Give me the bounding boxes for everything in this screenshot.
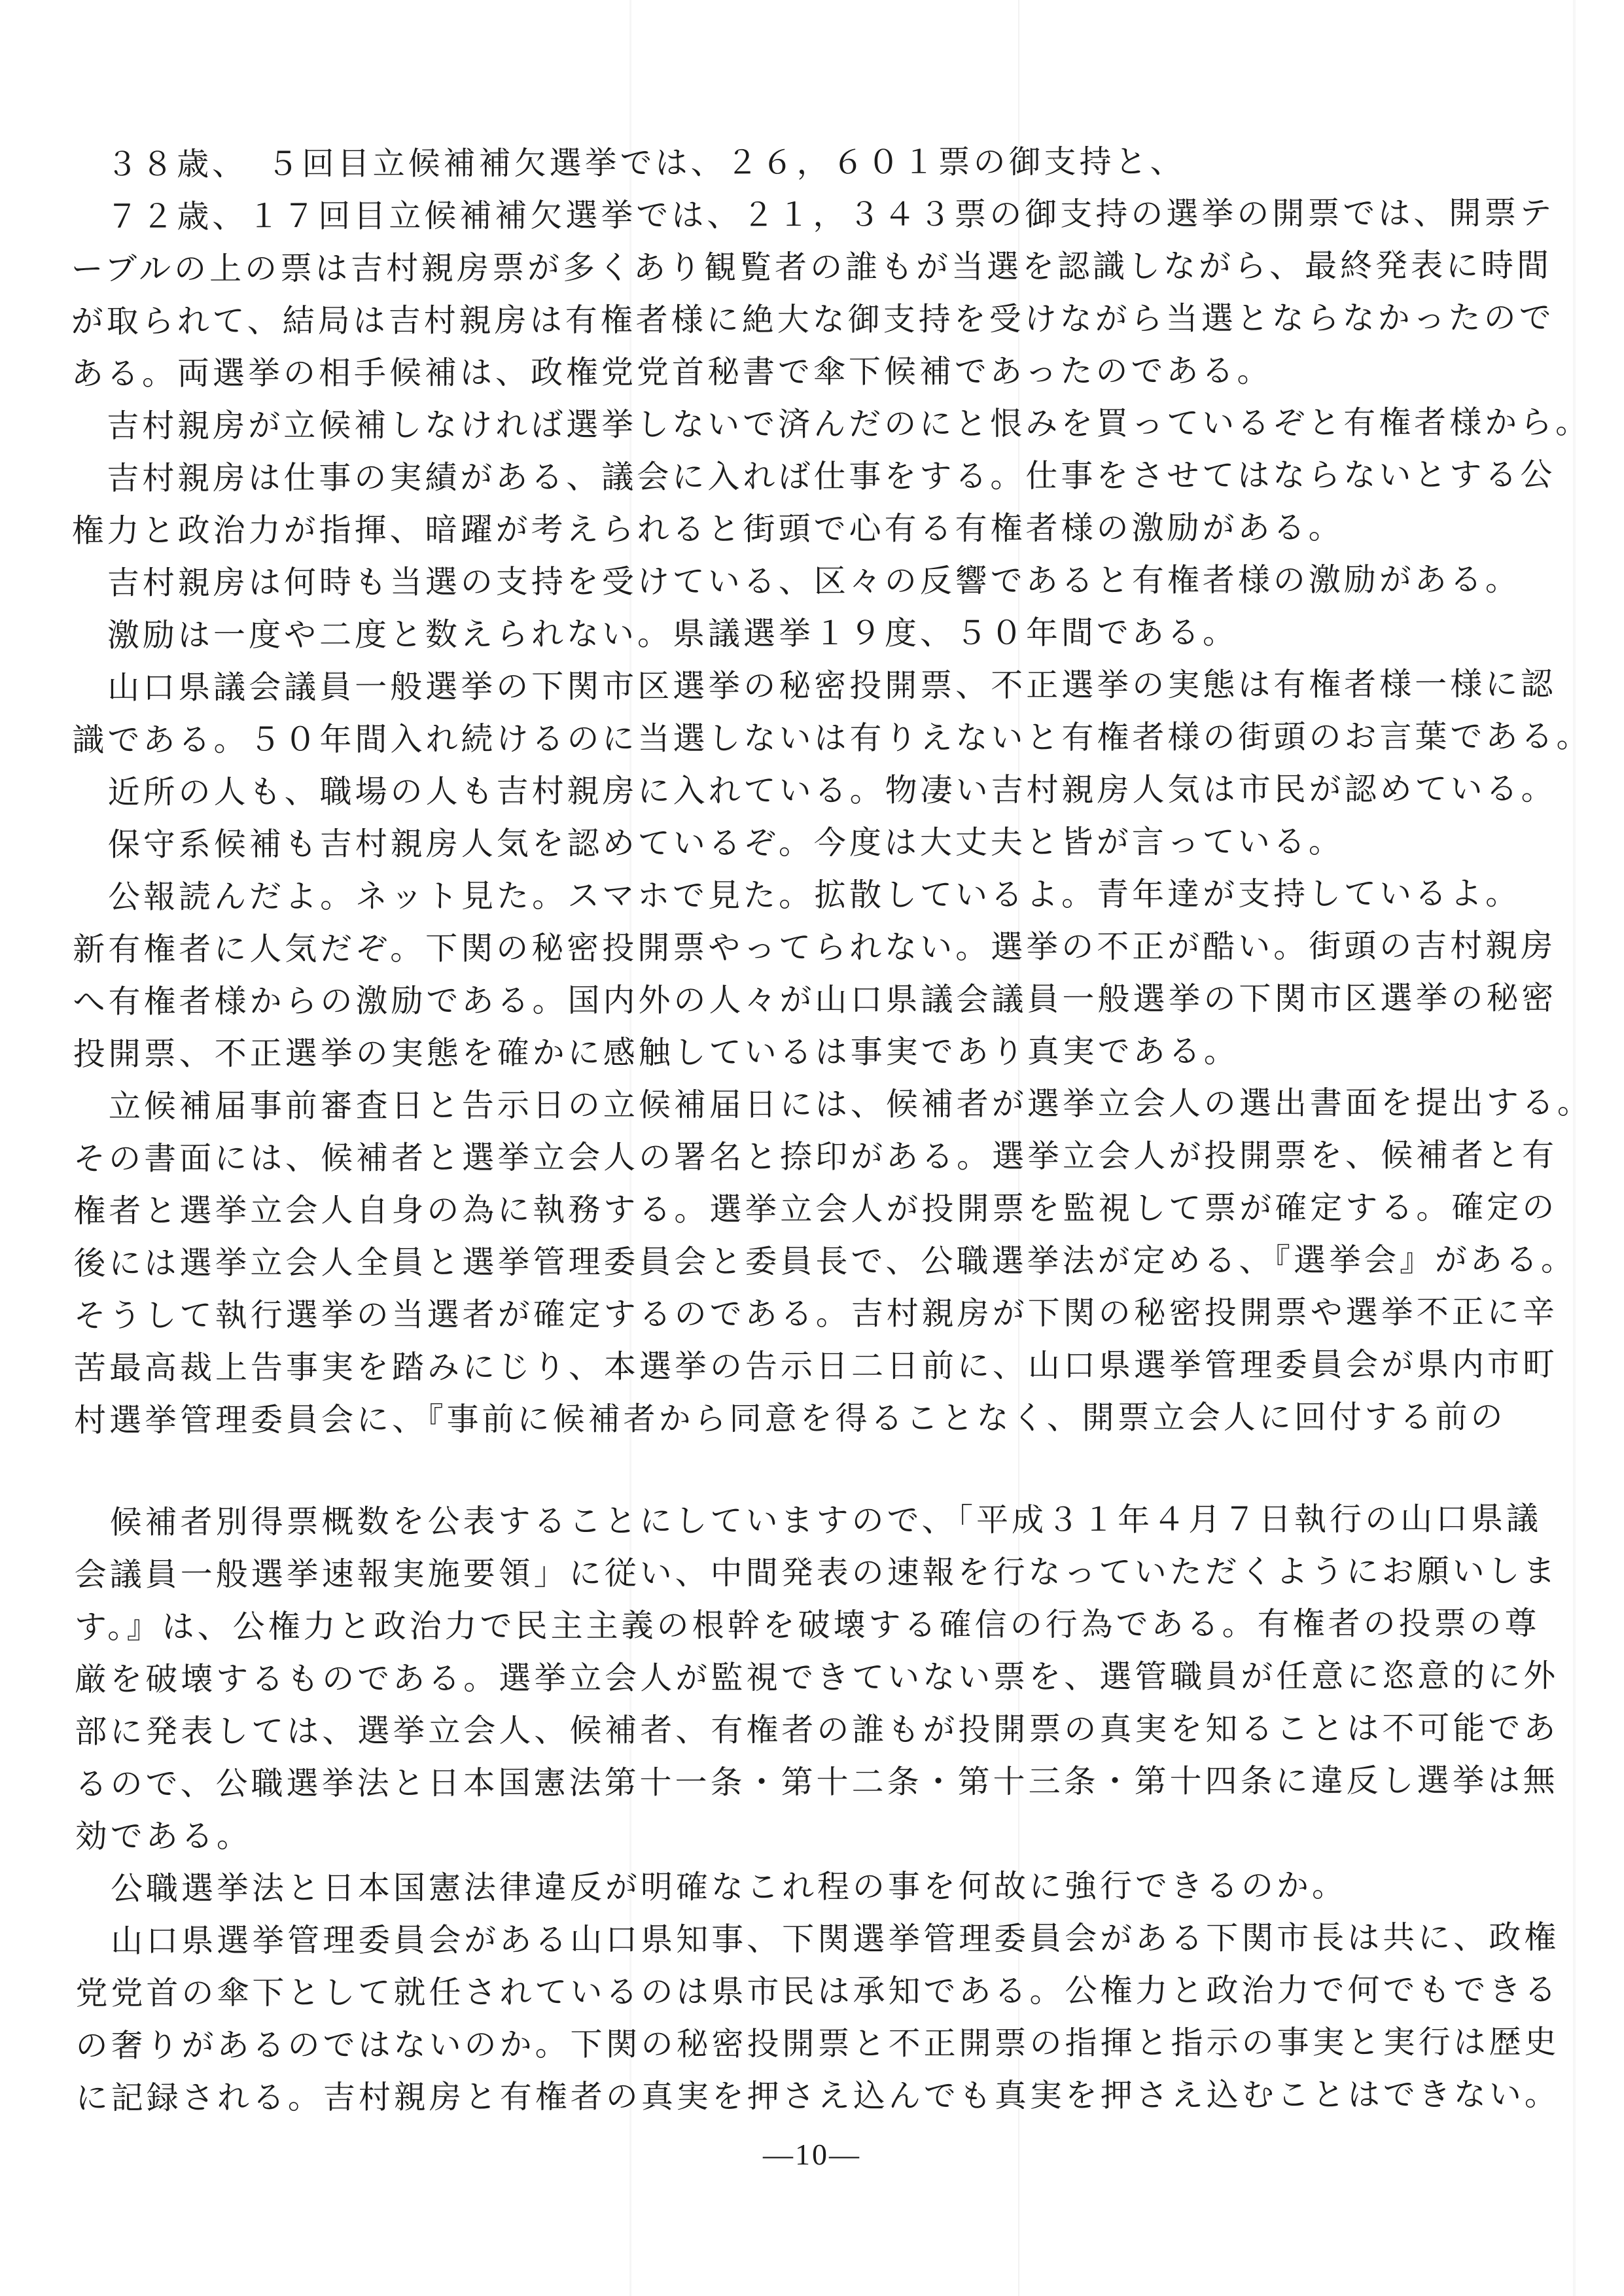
text-line: 激励は一度や二度と数えられない。県議選挙１９度、５０年間である。 <box>72 606 1577 662</box>
text-line: 投開票、不正選挙の実態を確かに感触しているは事実であり真実である。 <box>73 1024 1578 1081</box>
text-line: 候補者別得票概数を公表することにしていますので、「平成３１年４月７日執行の山口県… <box>74 1493 1579 1549</box>
text-line: ７２歳、１７回目立候補補欠選挙では、２１，３４３票の御支持の選挙の開票では、開票… <box>71 187 1576 243</box>
text-line: 厳を破壊するものである。選挙立会人が監視できていない票を、選管職員が任意に恣意的… <box>75 1650 1580 1706</box>
text-line: 吉村親房が立候補しなければ選挙しないで済んだのにと恨みを買っているぞと有権者様か… <box>71 396 1576 453</box>
text-line: が取られて、結局は吉村親房は有権者様に絶大な御支持を受けながら当選とならなかった… <box>71 292 1576 348</box>
text-line: 部に発表しては、選挙立会人、候補者、有権者の誰もが投開票の真実を知ることは不可能… <box>75 1702 1580 1758</box>
text-line: 新有権者に人気だぞ。下関の秘密投開票やってられない。選挙の不正が酷い。街頭の吉村… <box>73 920 1578 976</box>
text-line: 後には選挙立会人全員と選挙管理委員会と委員長で、公職選挙法が定める、『選挙会』が… <box>73 1234 1578 1290</box>
text-block: ３８歳、 ５回目立候補補欠選挙では、２６，６０１票の御支持と、７２歳、１７回目立… <box>71 135 1581 2125</box>
text-line: そうして執行選挙の当選者が確定するのである。吉村親房が下関の秘密投開票や選挙不正… <box>74 1286 1579 1342</box>
text-line: 識である。５０年間入れ続けるのに当選しないは有りえないと有権者様の街頭のお言葉で… <box>72 710 1577 767</box>
scanned-document-page: ３８歳、 ５回目立候補補欠選挙では、２６，６０１票の御支持と、７２歳、１７回目立… <box>0 0 1624 2296</box>
text-line: るので、公職選挙法と日本国憲法第十一条・第十二条・第十三条・第十四条に違反し選挙… <box>75 1754 1580 1811</box>
page-number: ―10― <box>0 2138 1624 2172</box>
text-line: す。』は、公権力と政治力で民主主義の根幹を破壊する確信の行為である。有権者の投票… <box>75 1597 1580 1654</box>
text-line: の奢りがあるのではないのか。下関の秘密投開票と不正開票の指揮と指示の事実と実行は… <box>76 2016 1581 2072</box>
text-line: 党党首の傘下として就任されているのは県市民は承知である。公権力と政治力で何でもで… <box>75 1964 1580 2020</box>
text-line: 会議員一般選挙速報実施要領」に従い、中間発表の速報を行なっていただくようにお願い… <box>75 1545 1580 1601</box>
text-line: 公職選挙法と日本国憲法律違反が明確なこれ程の事を何故に強行できるのか。 <box>75 1859 1580 1915</box>
text-line: 村選挙管理委員会に、『事前に候補者から同意を得ることなく、開票立会人に回付する前… <box>74 1391 1579 1447</box>
text-line: 立候補届事前審査日と告示日の立候補届日には、候補者が選挙立会人の選出書面を提出す… <box>73 1077 1578 1133</box>
text-line: 吉村親房は仕事の実績がある、議会に入れば仕事をする。仕事をさせてはならないとする… <box>71 449 1576 505</box>
text-line: 山口県議会議員一般選挙の下関市区選挙の秘密投開票、不正選挙の実態は有権者様一様に… <box>72 658 1577 714</box>
text-line: ーブルの上の票は吉村親房票が多くあり観覧者の誰もが当選を認識しながら、最終発表に… <box>71 239 1576 296</box>
text-line: その書面には、候補者と選挙立会人の署名と捺印がある。選挙立会人が投開票を、候補者… <box>73 1129 1578 1185</box>
text-line: 苦最高裁上告事実を踏みにじり、本選挙の告示日二日前に、山口県選挙管理委員会が県内… <box>74 1338 1579 1395</box>
text-line: 権力と政治力が指揮、暗躍が考えられると街頭で心有る有権者様の激励がある。 <box>71 501 1576 557</box>
text-line: 保守系候補も吉村親房人気を認めているぞ。今度は大丈夫と皆が言っている。 <box>73 815 1578 871</box>
text-line: 権者と選挙立会人自身の為に執務する。選挙立会人が投開票を監視して票が確定する。確… <box>73 1181 1578 1238</box>
text-line: に記録される。吉村親房と有権者の真実を押さえ込んでも真実を押さえ込むことはできな… <box>76 2068 1581 2125</box>
text-line: ３８歳、 ５回目立候補補欠選挙では、２６，６０１票の御支持と、 <box>71 135 1576 191</box>
text-line: 山口県選挙管理委員会がある山口県知事、下関選挙管理委員会がある下関市長は共に、政… <box>75 1911 1580 1968</box>
text-line: 効である。 <box>75 1807 1580 1863</box>
text-line: 近所の人も、職場の人も吉村親房に入れている。物凄い吉村親房人気は市民が認めている… <box>73 763 1578 819</box>
text-line: 吉村親房は何時も当選の支持を受けている、区々の反響であると有権者様の激励がある。 <box>72 553 1577 610</box>
text-line: 公報読んだよ。ネット見た。スマホで見た。拡散しているよ。青年達が支持しているよ。 <box>73 867 1578 924</box>
text-line: へ有権者様からの激励である。国内外の人々が山口県議会議員一般選挙の下関市区選挙の… <box>73 972 1578 1028</box>
text-line: ある。両選挙の相手候補は、政権党党首秘書で傘下候補であったのである。 <box>71 344 1576 400</box>
